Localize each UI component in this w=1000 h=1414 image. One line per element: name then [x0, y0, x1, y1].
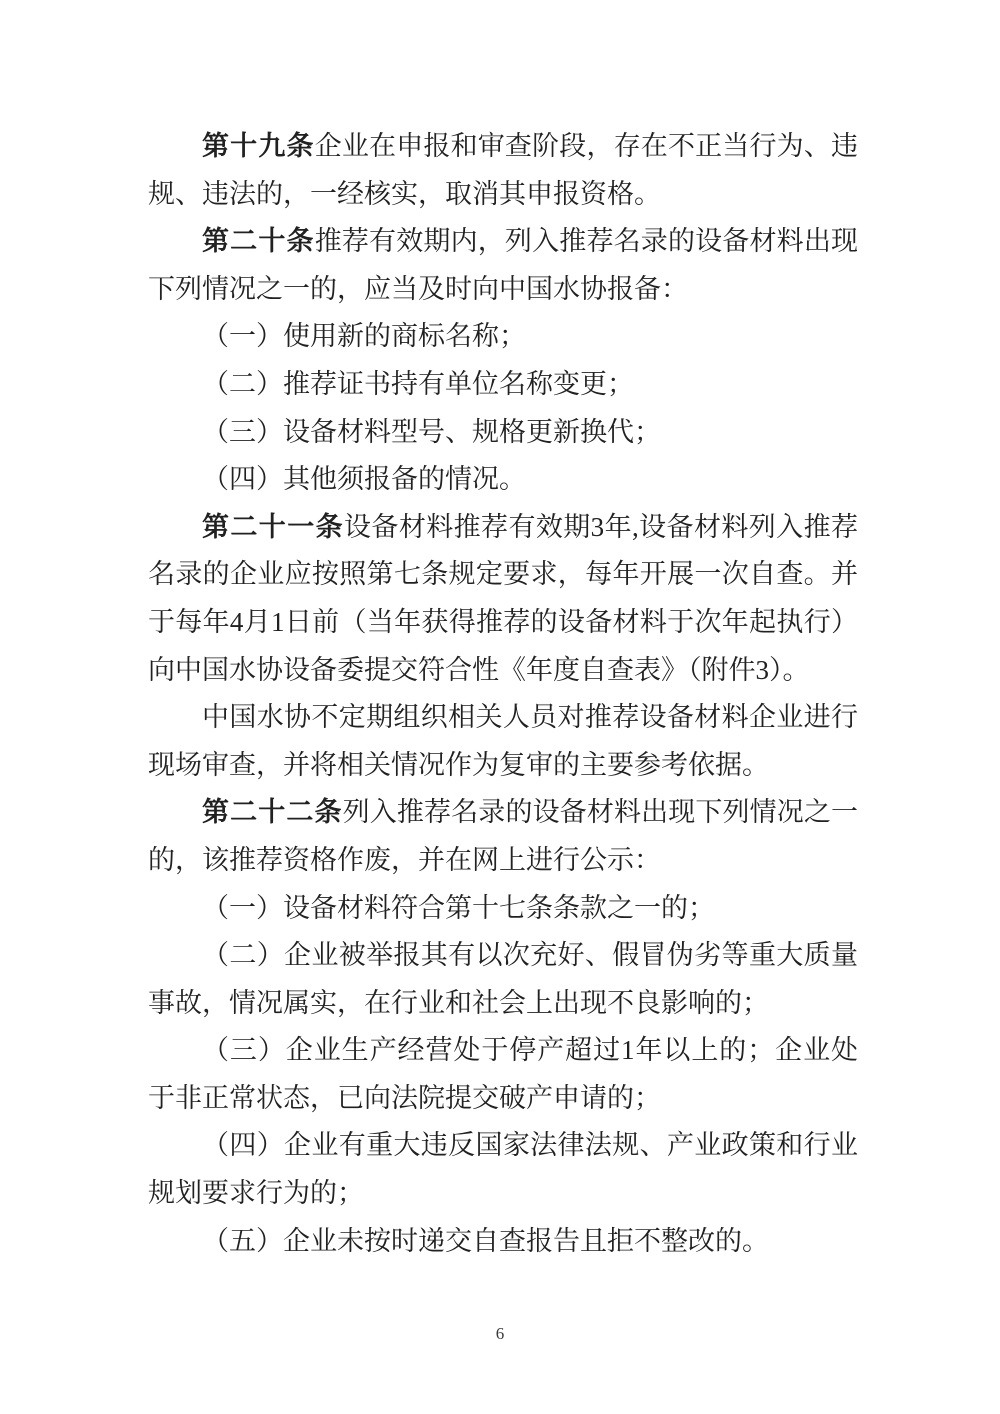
document-page: 第十九条企业在申报和审查阶段，存在不正当行为、违规、违法的，一经核实，取消其申报… — [0, 0, 1000, 1414]
article-number-heading: 第十九条 — [202, 131, 315, 161]
document-paragraph: 第二十一条设备材料推荐有效期3年,设备材料列入推荐名录的企业应按照第七条规定要求… — [148, 504, 858, 694]
document-paragraph: （一）设备材料符合第十七条条款之一的； — [148, 885, 858, 933]
document-paragraph: （二）推荐证书持有单位名称变更； — [148, 361, 858, 409]
paragraph-text: 中国水协不定期组织相关人员对推荐设备材料企业进行现场审查，并将相关情况作为复审的… — [148, 702, 858, 780]
page-number: 6 — [496, 1324, 505, 1343]
document-paragraph: 第二十条推荐有效期内，列入推荐名录的设备材料出现下列情况之一的，应当及时向中国水… — [148, 218, 858, 313]
document-paragraph: （四）其他须报备的情况。 — [148, 456, 858, 504]
document-paragraph: （一）使用新的商标名称； — [148, 313, 858, 361]
paragraph-text: （二）推荐证书持有单位名称变更； — [202, 369, 634, 399]
document-paragraph: （四）企业有重大违反国家法律法规、产业政策和行业规划要求行为的； — [148, 1122, 858, 1217]
document-paragraph: 第二十二条列入推荐名录的设备材料出现下列情况之一的，该推荐资格作废，并在网上进行… — [148, 789, 858, 884]
paragraph-text: （四）企业有重大违反国家法律法规、产业政策和行业规划要求行为的； — [148, 1130, 858, 1208]
document-paragraph: （五）企业未按时递交自查报告且拒不整改的。 — [148, 1218, 858, 1266]
paragraph-text: （一）使用新的商标名称； — [202, 321, 526, 351]
article-number-heading: 第二十条 — [202, 226, 315, 256]
paragraph-text: （三）企业生产经营处于停产超过1年以上的；企业处于非正常状态，已向法院提交破产申… — [148, 1035, 858, 1113]
document-paragraph: （三）设备材料型号、规格更新换代； — [148, 409, 858, 457]
paragraph-text: （三）设备材料型号、规格更新换代； — [202, 417, 661, 447]
document-paragraph: 中国水协不定期组织相关人员对推荐设备材料企业进行现场审查，并将相关情况作为复审的… — [148, 694, 858, 789]
paragraph-text: （四）其他须报备的情况。 — [202, 464, 526, 494]
document-paragraph: 第十九条企业在申报和审查阶段，存在不正当行为、违规、违法的，一经核实，取消其申报… — [148, 123, 858, 218]
document-body: 第十九条企业在申报和审查阶段，存在不正当行为、违规、违法的，一经核实，取消其申报… — [148, 123, 858, 1265]
paragraph-text: （二）企业被举报其有以次充好、假冒伪劣等重大质量事故，情况属实，在行业和社会上出… — [148, 940, 858, 1018]
article-number-heading: 第二十二条 — [202, 797, 343, 827]
article-number-heading: 第二十一条 — [202, 512, 344, 542]
paragraph-text: （一）设备材料符合第十七条条款之一的； — [202, 893, 715, 923]
page-footer: 6 — [0, 1324, 1000, 1344]
document-paragraph: （三）企业生产经营处于停产超过1年以上的；企业处于非正常状态，已向法院提交破产申… — [148, 1027, 858, 1122]
paragraph-text: （五）企业未按时递交自查报告且拒不整改的。 — [202, 1226, 769, 1256]
document-paragraph: （二）企业被举报其有以次充好、假冒伪劣等重大质量事故，情况属实，在行业和社会上出… — [148, 932, 858, 1027]
